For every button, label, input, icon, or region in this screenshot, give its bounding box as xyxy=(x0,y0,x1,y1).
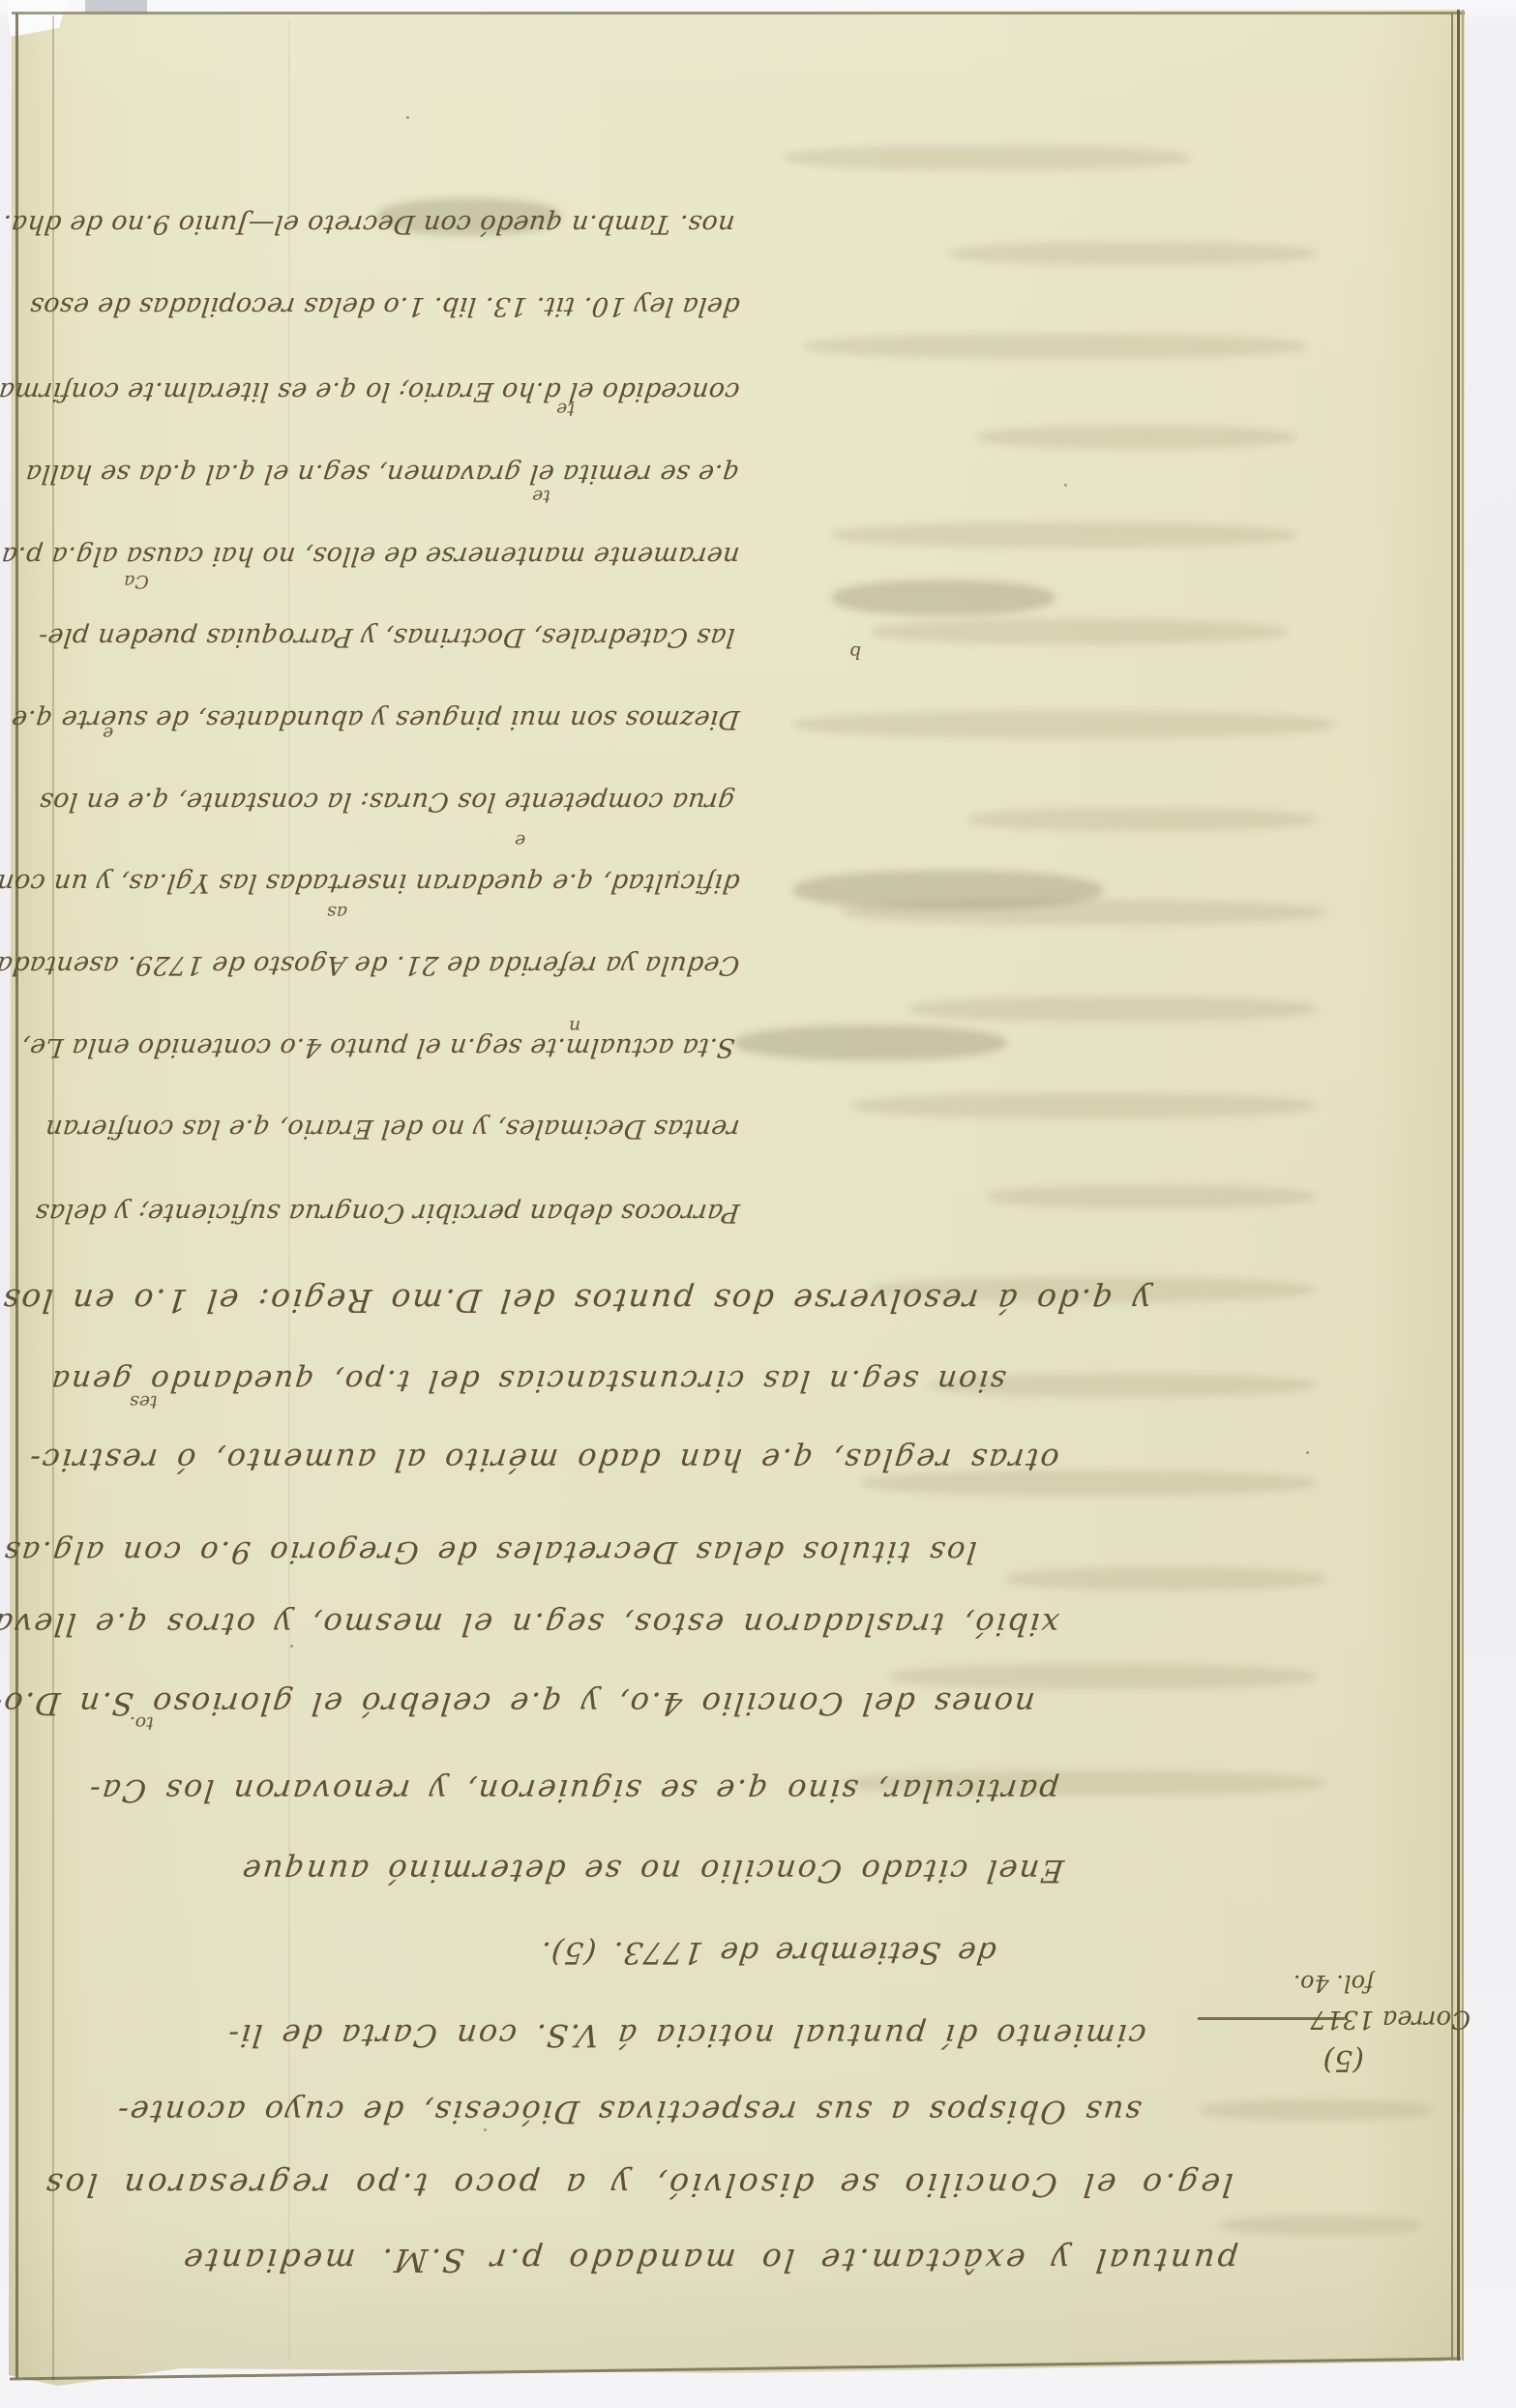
manuscript-line: nones del Concilio 4.o, y q.e celebró el… xyxy=(113,1674,1037,1722)
manuscript-line: los titulos delas Decretales de Gregorio… xyxy=(104,1521,979,1569)
scanned-manuscript-page: nos. Tamb.n quedó con Decreto el—Junio 9… xyxy=(0,0,1516,2408)
interlinear-mark: n xyxy=(569,1016,580,1037)
manuscript-dateline: de Setiembre de 1773. (5). xyxy=(529,1921,998,1970)
manuscript-line: nos. Tamb.n quedó con Decreto el—Junio 9… xyxy=(134,196,738,239)
paper-top-edge xyxy=(12,12,1465,15)
manuscript-line: neramente mantenerse de ellos, no hai ca… xyxy=(95,528,743,571)
manuscript-line: xibió, trasladaron estos, seg.n el mesmo… xyxy=(84,1594,1061,1643)
manuscript-line: puntual y exâctam.te lo mandado p.r S.M.… xyxy=(84,2229,1240,2279)
marginal-footnote-ref: (5) xyxy=(1267,2043,1364,2077)
manuscript-line: Parrocos deban percibir Congrua suficien… xyxy=(95,1185,743,1228)
interlinear-mark: e xyxy=(515,830,525,851)
manuscript-line: q.e se remita el gravamen, seg.n el q.al… xyxy=(100,446,743,489)
interlinear-mark: as xyxy=(327,902,347,923)
interlinear-mark: tes xyxy=(130,1391,158,1412)
interlinear-mark: te xyxy=(556,399,575,420)
interlinear-mark: b xyxy=(849,641,861,663)
manuscript-line: grua competente los Curas: la constante,… xyxy=(104,774,738,817)
interlinear-mark: Ca xyxy=(124,571,149,592)
manuscript-line: sion seg.n las circunstancias del t.po, … xyxy=(152,1350,1008,1398)
manuscript-line: particular, sino q.e se siguieron, y ren… xyxy=(108,1761,1061,1809)
manuscript-line: concedido el d.ho Erario; lo q.e es lite… xyxy=(95,364,743,406)
binding-crease xyxy=(15,14,18,2379)
manuscript-line: rentas Decimales, y no del Erario, q.e l… xyxy=(95,1101,743,1144)
marginal-folio-ref: fol. 4o. xyxy=(1238,1970,1374,1997)
manuscript-line: dela ley 10. tit. 13. lib. 1.o delas rec… xyxy=(90,279,743,321)
interlinear-mark: e xyxy=(103,723,113,744)
manuscript-line: leg.o el Concilio se disolvió, y a poco … xyxy=(89,2154,1235,2204)
interlinear-mark: to. xyxy=(130,1712,154,1734)
interlinear-mark: te xyxy=(532,486,550,507)
manuscript-line: dificultad, q.e quedaran insertadas las … xyxy=(90,855,743,898)
manuscript-line: Cedula ya referida de 21. de Agosto de 1… xyxy=(90,937,743,980)
manuscript-line: S.ta actualm.te seg.n el punto 4.o conte… xyxy=(104,1020,738,1062)
manuscript-line: otras reglas, q.e han dado mérito al aum… xyxy=(89,1430,1061,1478)
manuscript-line: cimiento dí puntual noticia á V.S. con C… xyxy=(89,2006,1148,2054)
manuscript-line: y q.do á resolverse dos puntos del D.mo … xyxy=(113,1271,1153,1320)
marginal-rule xyxy=(1198,2017,1345,2020)
manuscript-line: Diezmos son mui pingues y abundantes, de… xyxy=(95,692,743,734)
manuscript-line: las Catedrales, Doctrinas, y Parroquias … xyxy=(95,609,738,652)
manuscript-line: sus Obispos a sus respectivas Diócesis, … xyxy=(89,2082,1144,2130)
manuscript-line: Enel citado Concilio no se determinó aun… xyxy=(142,1841,1066,1889)
